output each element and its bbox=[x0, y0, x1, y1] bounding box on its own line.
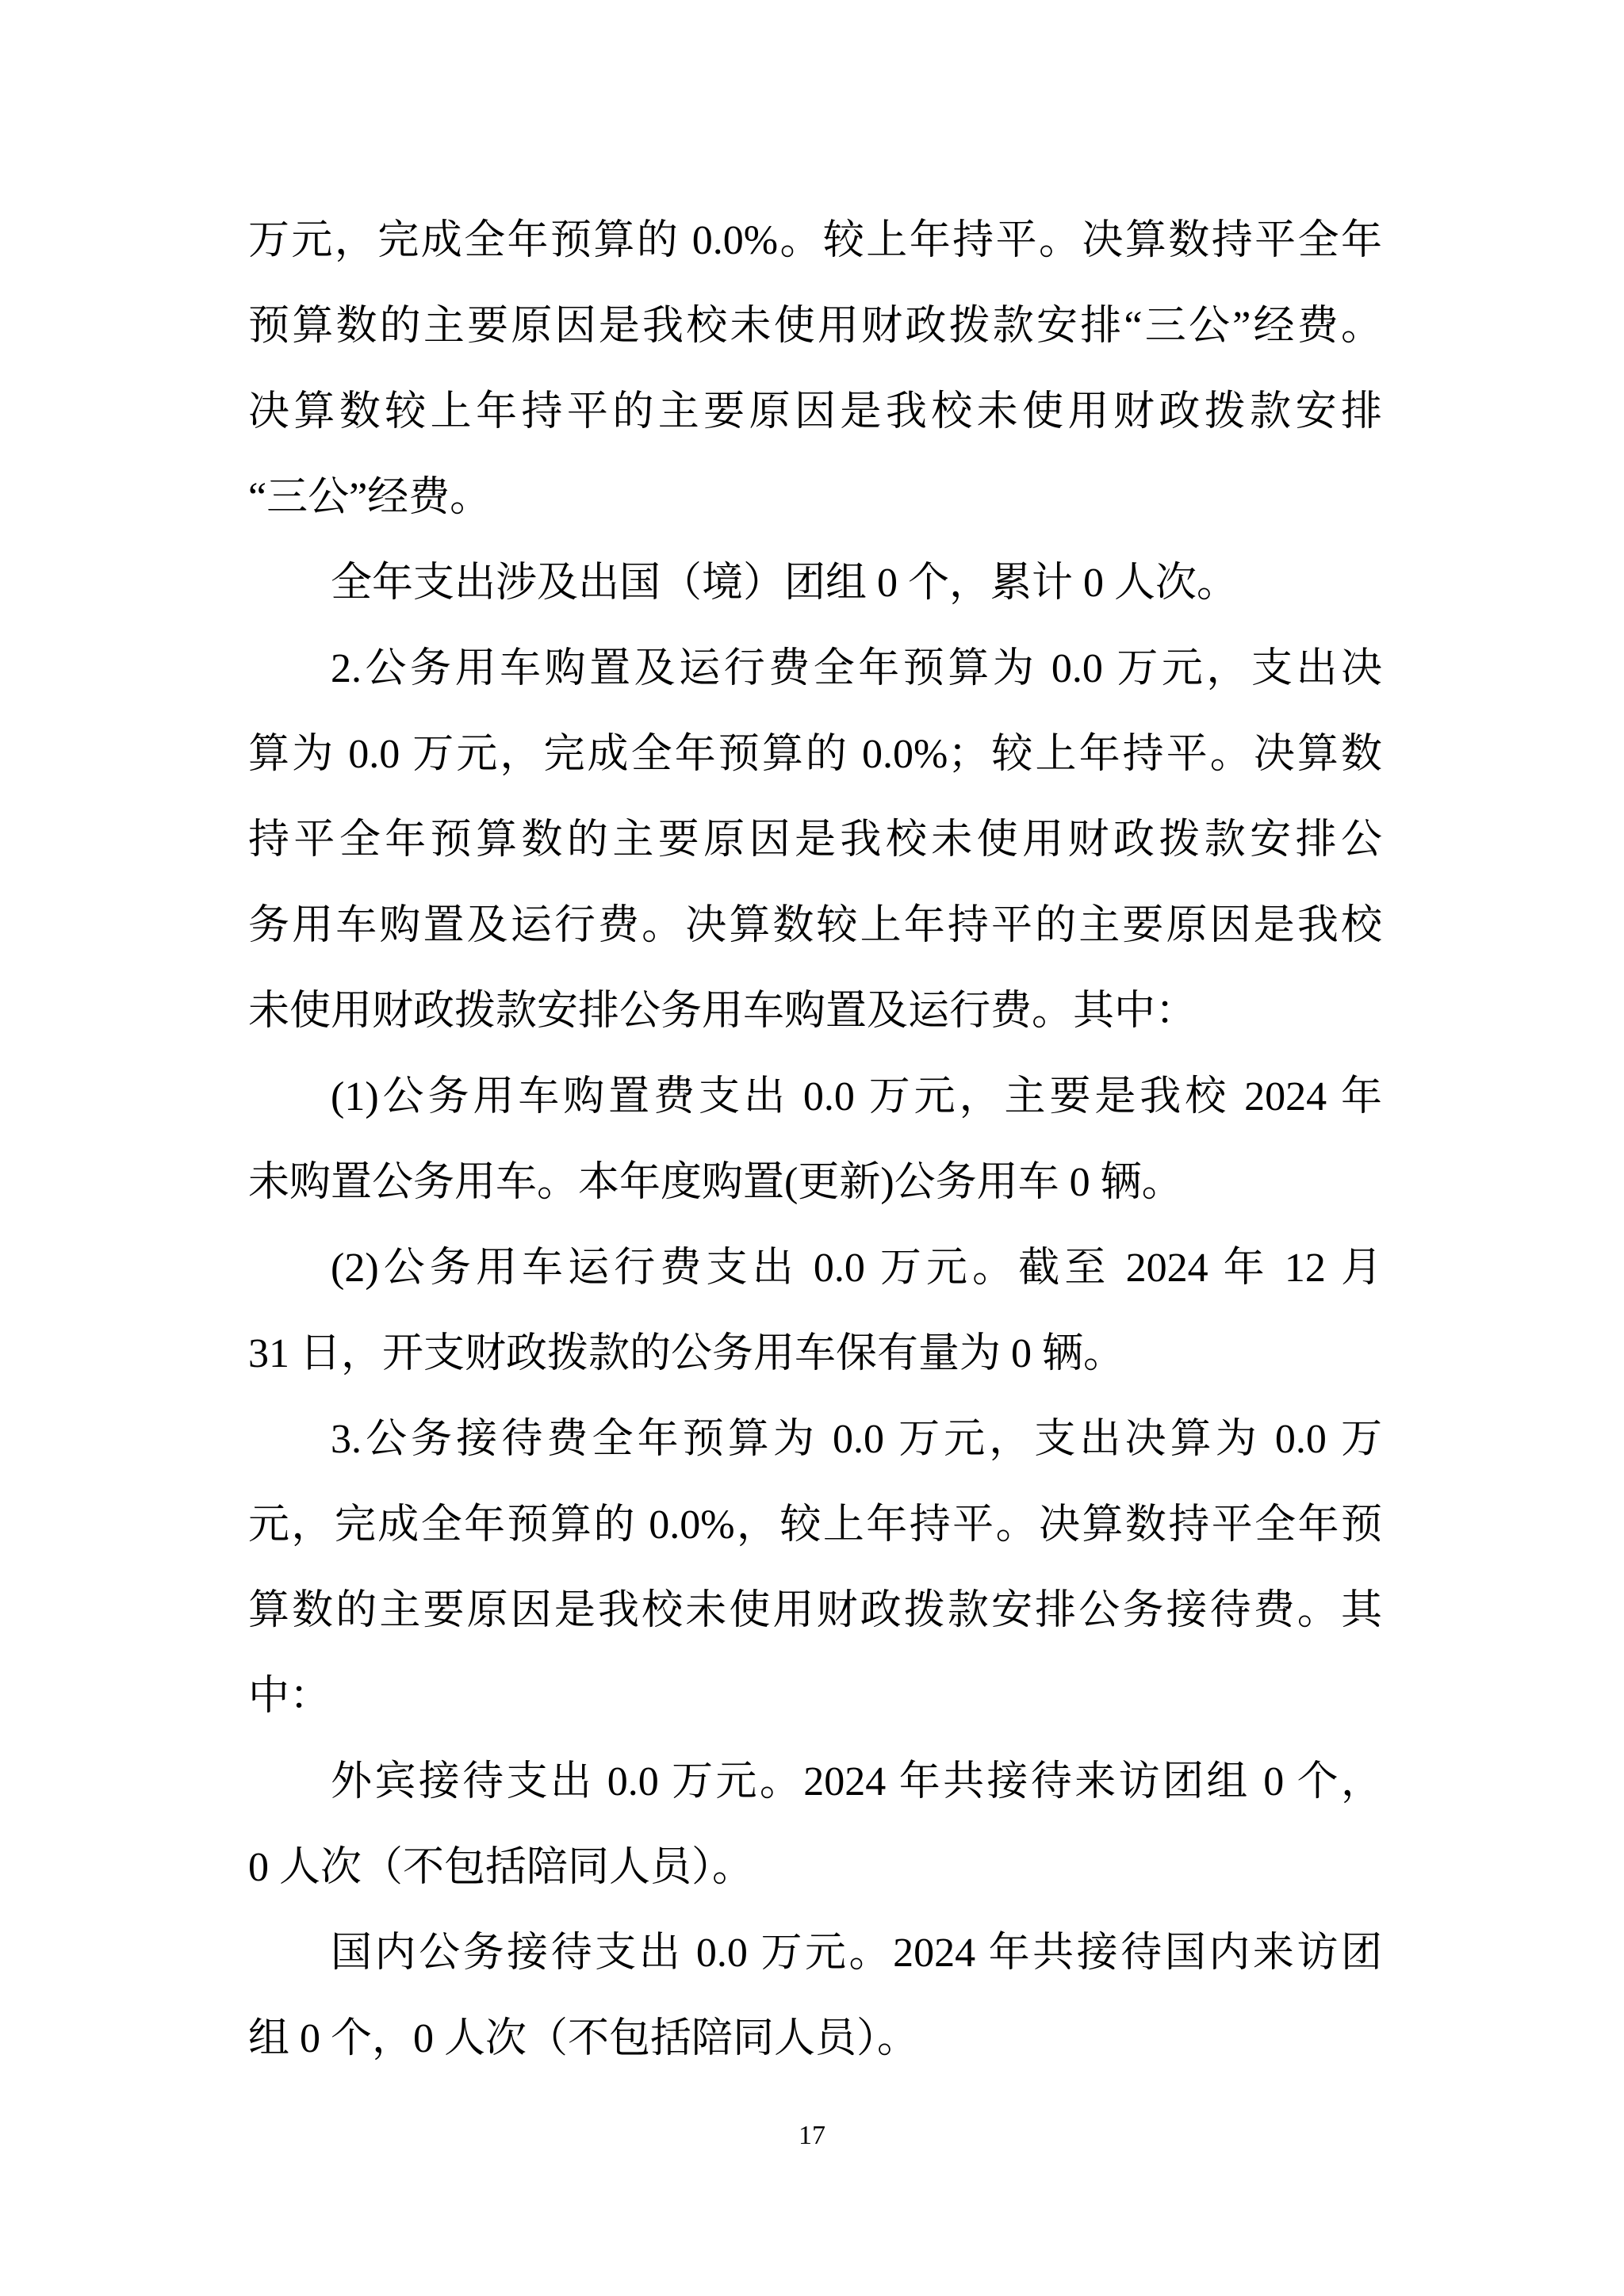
page-number: 17 bbox=[0, 2118, 1624, 2153]
text-line: 决算数较上年持平的主要原因是我校未使用财政拨款安排 bbox=[248, 369, 1382, 455]
text-line: 国内公务接待支出 0.0 万元。2024 年共接待国内来访团 bbox=[248, 1911, 1382, 1996]
text-line: 组 0 个，0 人次（不包括陪同人员）。 bbox=[248, 1996, 1382, 2082]
text-line: 中： bbox=[248, 1654, 1382, 1739]
text-line: 算数的主要原因是我校未使用财政拨款安排公务接待费。其 bbox=[248, 1568, 1382, 1654]
text-line: 未购置公务用车。本年度购置(更新)公务用车 0 辆。 bbox=[248, 1140, 1382, 1226]
text-line: 0 人次（不包括陪同人员）。 bbox=[248, 1825, 1382, 1911]
document-body: 万元，完成全年预算的 0.0%。较上年持平。决算数持平全年 预算数的主要原因是我… bbox=[248, 198, 1382, 2082]
text-line: 全年支出涉及出国（境）团组 0 个，累计 0 人次。 bbox=[248, 541, 1382, 626]
text-line: 3.公务接待费全年预算为 0.0 万元，支出决算为 0.0 万 bbox=[248, 1397, 1382, 1483]
text-line: 外宾接待支出 0.0 万元。2024 年共接待来访团组 0 个， bbox=[248, 1739, 1382, 1825]
text-line: 万元，完成全年预算的 0.0%。较上年持平。决算数持平全年 bbox=[248, 198, 1382, 284]
text-line: 持平全年预算数的主要原因是我校未使用财政拨款安排公 bbox=[248, 798, 1382, 883]
text-line: “三公”经费。 bbox=[248, 455, 1382, 541]
text-line: 31 日，开支财政拨款的公务用车保有量为 0 辆。 bbox=[248, 1311, 1382, 1397]
text-line: 元，完成全年预算的 0.0%，较上年持平。决算数持平全年预 bbox=[248, 1483, 1382, 1568]
text-line: (1)公务用车购置费支出 0.0 万元，主要是我校 2024 年 bbox=[248, 1054, 1382, 1140]
text-line: (2)公务用车运行费支出 0.0 万元。截至 2024 年 12 月 bbox=[248, 1226, 1382, 1311]
text-line: 务用车购置及运行费。决算数较上年持平的主要原因是我校 bbox=[248, 883, 1382, 969]
text-line: 2.公务用车购置及运行费全年预算为 0.0 万元，支出决 bbox=[248, 626, 1382, 712]
text-line: 算为 0.0 万元，完成全年预算的 0.0%；较上年持平。决算数 bbox=[248, 712, 1382, 798]
text-line: 未使用财政拨款安排公务用车购置及运行费。其中： bbox=[248, 969, 1382, 1054]
document-page: 万元，完成全年预算的 0.0%。较上年持平。决算数持平全年 预算数的主要原因是我… bbox=[0, 0, 1624, 2296]
text-line: 预算数的主要原因是我校未使用财政拨款安排“三公”经费。 bbox=[248, 284, 1382, 369]
